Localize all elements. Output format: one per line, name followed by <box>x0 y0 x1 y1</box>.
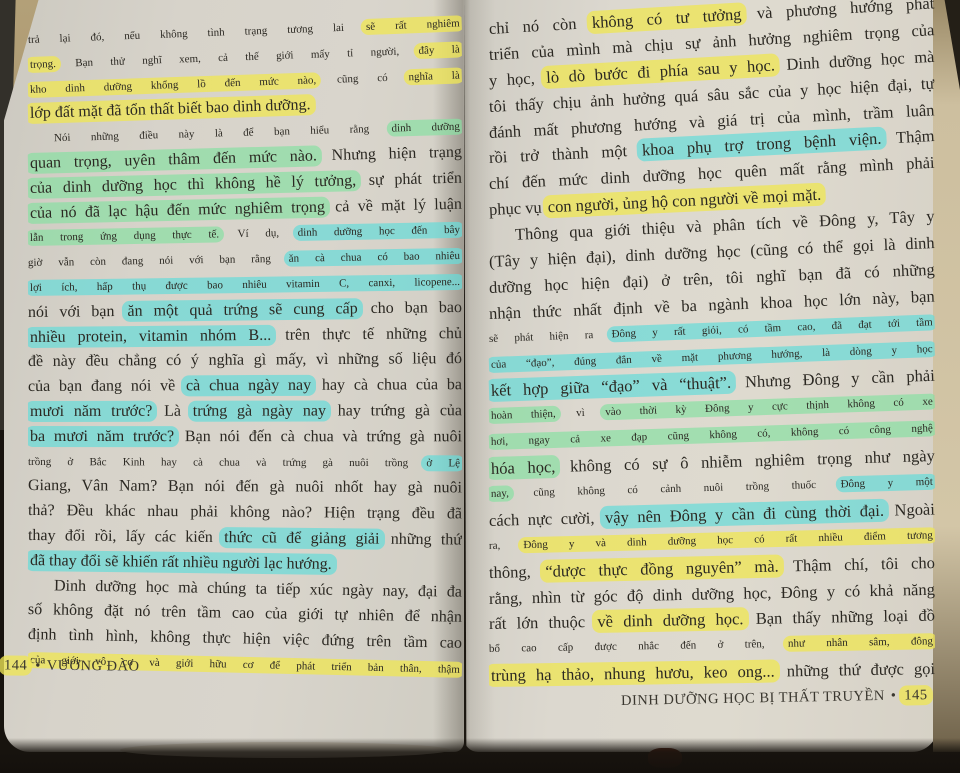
highlight-cyan: Đông y một <box>835 474 935 493</box>
text-segment: đề này đều chẳng có ý nghĩa gì mấy, vì n… <box>28 350 462 370</box>
highlight-cyan: đã thay đổi sẽ khiến rất nhiều người lạc… <box>28 550 337 575</box>
text-segment: những thứ được gọi <box>777 659 936 680</box>
highlight-cyan: thức cũ để giảng giải <box>219 527 385 550</box>
text-segment: thông, <box>489 561 544 581</box>
highlight-yellow: trọng. <box>28 56 62 73</box>
highlight-green: của nó đã lạc hậu đến mức nghiêm trọng <box>28 196 330 223</box>
highlight-cyan: cà chua ngày nay <box>181 375 316 397</box>
highlight-green: hoàn thiện, <box>489 406 561 424</box>
highlight-green: vào thời kỳ Đông y cực thịnh không có xe <box>600 394 935 421</box>
highlight-cyan: ba mươi năm trước? <box>28 426 179 447</box>
text-line: ba mươi năm trước? Bạn nói đến cà chua v… <box>28 425 462 450</box>
highlight-cyan: ở Lệ <box>421 455 462 471</box>
text-segment: Nhưng hiện trạng <box>319 144 462 165</box>
text-segment: Dinh dưỡng học mà chúng ta tiếp xúc ngày… <box>54 577 462 600</box>
text-segment: y học, <box>488 68 544 90</box>
highlight-cyan: dinh dưỡng học đến bây <box>293 222 463 241</box>
text-segment: vì <box>557 407 603 420</box>
text-segment: cũng không có cảnh nuôi trồng thuốc <box>511 478 839 499</box>
text-segment: Ngoài <box>886 499 935 519</box>
left-page-footer: 144•VƯƠNG ĐÀO <box>2 657 140 675</box>
text-segment: cách nực cười, <box>489 508 603 530</box>
highlight-yellow: sẽ rất nghiêm <box>361 15 462 35</box>
text-segment: trên thực tế những chủ <box>273 325 462 344</box>
book-photo: { "book": { "highlight_colors": { "yello… <box>0 0 960 773</box>
text-segment: định tình hình, không thực hiện việc đứn… <box>28 626 462 652</box>
text-segment: thả? Đều khác nhau phải không nào? Hiện … <box>28 502 462 522</box>
text-segment: những thứ <box>381 531 462 549</box>
text-segment: sự phát triển <box>358 169 462 188</box>
highlight-yellow: về dinh dưỡng học. <box>592 608 748 634</box>
text-segment: thay đổi rồi, lấy các kiến <box>28 527 222 546</box>
highlight-cyan: lợi ích, hấp thụ được bao nhiêu vitamin … <box>28 274 462 296</box>
highlight-yellow: đây là <box>413 41 462 59</box>
text-segment: giờ vẫn còn đang nói với bạn rằng <box>28 253 287 269</box>
text-segment: cả về mặt lý luận <box>327 195 462 215</box>
text-segment: sẽ phát hiện ra <box>489 328 610 345</box>
text-segment: ra, <box>489 539 522 552</box>
background-bottom-shadow <box>0 738 960 773</box>
text-segment: nói với bạn <box>28 303 126 321</box>
text-line: mươi năm trước? Là trứng gà ngày nay hay… <box>28 399 462 425</box>
highlight-cyan: nhiều protein, vitamin nhóm B... <box>28 324 276 347</box>
footer-separator: • <box>29 658 47 674</box>
text-line: trùng hạ thảo, nhung hươu, keo ong... nh… <box>489 656 935 689</box>
text-segment: Bạn nói đến cà chua và trứng gà nuôi <box>176 428 462 445</box>
right-page-text: chỉ nó còn không có tư tưởng và phương h… <box>489 16 935 689</box>
highlight-yellow: “dược thực đồng nguyên” mà. <box>540 554 784 582</box>
author-running-title: VƯƠNG ĐÀO <box>47 658 140 675</box>
page-stack-edge <box>933 0 960 752</box>
text-segment: Bạn thấy những loại đồ <box>745 606 935 629</box>
text-segment: bổ cao cấp được nhắc đến ở trên, <box>489 638 786 655</box>
text-segment: rất lớn thuộc <box>489 612 596 633</box>
highlight-yellow: trùng hạ thảo, nhung hươu, keo ong... <box>489 660 780 688</box>
text-segment: Ví dụ, <box>221 227 296 240</box>
text-segment: Là <box>154 403 191 420</box>
highlight-cyan: ăn cà chua có bao nhiêu <box>284 248 463 267</box>
text-segment: Dinh dưỡng học mà <box>776 47 934 75</box>
text-segment: cũng có <box>318 71 407 86</box>
text-line: nhiều protein, vitamin nhóm B... trên th… <box>28 322 462 351</box>
highlight-cyan: ăn một quả trứng sẽ cung cấp <box>122 298 362 322</box>
text-line: của bạn đang nói về cà chua ngày nay hay… <box>28 373 462 400</box>
text-segment: Nhưng Đông y cần phải <box>733 366 935 392</box>
text-segment: Nói những điều này là để bạn hiểu rằng <box>54 123 390 145</box>
highlight-yellow: nghĩa là <box>403 67 462 85</box>
text-line: Giang, Vân Nam? Bạn nói đến gà nuôi nhốt… <box>28 474 462 501</box>
highlight-cyan: trứng gà ngày nay <box>188 400 331 421</box>
highlight-green: dinh dưỡng <box>386 119 462 137</box>
highlight-yellow: như nhân sâm, đông <box>783 634 935 653</box>
text-segment: Giang, Vân Nam? Bạn nói đến gà nuôi nhốt… <box>28 477 462 496</box>
text-line: thả? Đều khác nhau phải không nào? Hiện … <box>28 499 462 527</box>
text-segment: Thậm <box>883 127 935 148</box>
highlight-green: lẫn trong ứng dụng thực tế. <box>28 227 224 247</box>
text-segment: Thậm chí, tôi cho <box>780 553 935 575</box>
text-line: đề này đều chẳng có ý nghĩa gì mấy, vì n… <box>28 347 462 375</box>
text-segment: chỉ nó còn <box>488 13 590 38</box>
text-line: trồng ở Bắc Kinh hay cà chua và trứng gà… <box>28 450 462 476</box>
text-segment: cho bạn bao <box>360 299 463 317</box>
text-segment: số không đặt nó trên tầm cao của giới tự… <box>28 601 462 626</box>
page-number: 144 <box>0 655 32 675</box>
text-segment: phục vụ <box>489 198 547 220</box>
highlight-yellow: Đông y và dinh dưỡng học có rất nhiều đi… <box>518 527 935 553</box>
text-segment: hay trứng gà của <box>328 402 462 419</box>
text-segment: rồi trở thành một <box>489 141 641 167</box>
left-page-text: trả lại đó, nếu không tình trạng tương l… <box>28 28 462 673</box>
highlight-green: hóa học, <box>489 455 561 480</box>
highlight-cyan: mươi năm trước? <box>28 401 157 422</box>
text-segment: trồng ở Bắc Kinh hay cà chua và trứng gà… <box>28 456 424 469</box>
text-segment: của bạn đang nói về <box>28 378 184 396</box>
text-segment: hay cà chua của ba <box>313 376 462 394</box>
text-line: nói với bạn ăn một quả trứng sẽ cung cấp… <box>28 296 462 326</box>
page-number: 145 <box>900 685 934 706</box>
